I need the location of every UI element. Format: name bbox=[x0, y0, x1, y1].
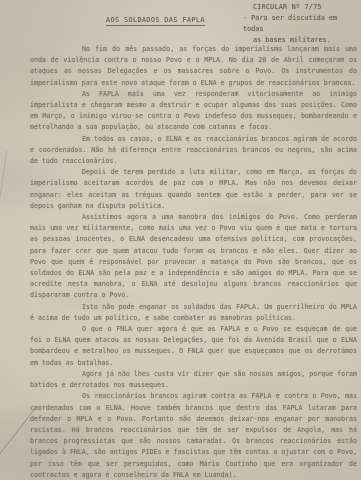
paragraph: O que o FNLA quer agora é que as FAPLA e… bbox=[30, 324, 357, 369]
distribution-note: - Para ser discutida em todas as bases m… bbox=[243, 13, 358, 46]
paragraph: Depois de terem perdido a luta militar, … bbox=[30, 167, 357, 212]
paragraph: Em todos os casos, o ELNA e os reaccioná… bbox=[30, 134, 357, 168]
paragraph: Isto não pode enganar os soldados das FA… bbox=[30, 302, 357, 324]
paragraph: Os reaccionários brancos agiram contra a… bbox=[30, 391, 357, 480]
scanned-document-page: CIRCULAR Nº 7/75 AOS SOLDADOS DAS FAPLA … bbox=[0, 0, 361, 480]
paragraph: Agora já não lhes custa vir dizer que sã… bbox=[30, 369, 357, 391]
distribution-note-line1: - Para ser discutida em todas bbox=[243, 13, 358, 35]
document-body: No fim do mês passado, as forças do impe… bbox=[30, 44, 357, 480]
paragraph: No fim do mês passado, as forças do impe… bbox=[30, 44, 357, 89]
document-title: AOS SOLDADOS DAS FAPLA bbox=[106, 16, 205, 26]
paragraph: As FAPLA mais uma vez responderam vitori… bbox=[30, 89, 357, 134]
paper-edge-mark bbox=[0, 150, 7, 210]
paragraph: Assistimos agora a uma manobra dos inimi… bbox=[30, 212, 357, 302]
circular-number: CIRCULAR Nº 7/75 bbox=[253, 3, 358, 11]
